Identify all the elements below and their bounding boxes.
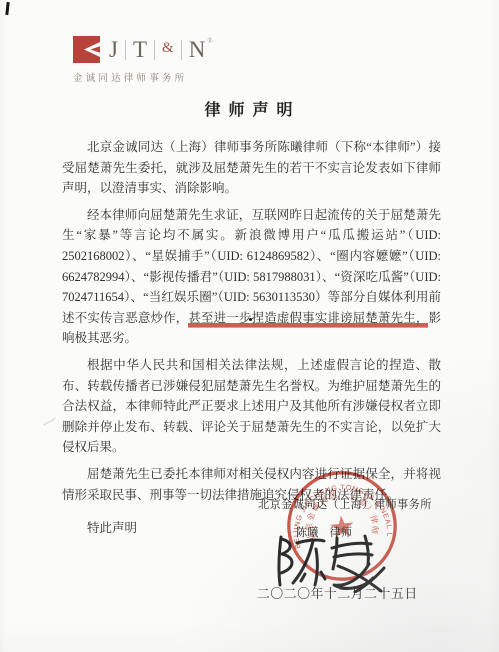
registered-trademark-icon: ® xyxy=(207,38,212,45)
logo-separator xyxy=(125,40,126,60)
logo-separator xyxy=(181,40,182,60)
document-title: 律 师 声 明 xyxy=(0,97,499,120)
logo-letter-n: N xyxy=(189,38,206,61)
scan-corner-mark xyxy=(5,2,9,15)
paragraph-3: 根据中华人民共和国相关法律法规，上述虚假言论的捏造、散布、转载传播者已涉嫌侵犯屈… xyxy=(62,355,441,458)
paragraph-1: 北京金诚同达（上海）律师事务所陈曦律师（下称“本律师”）接受屈楚萧先生委托，就涉… xyxy=(62,137,441,199)
logo-ampersand: & xyxy=(162,41,174,56)
red-marker-underlined-phrase: 甚至进一步捏造虚假事实诽谤屈楚萧先生， xyxy=(188,311,428,328)
handwritten-signature-chen-xi xyxy=(268,527,390,593)
paragraph-2: 经本律师向屈楚萧先生求证，互联网昨日起流传的关于屈楚萧先生“家暴”等言论均不属实… xyxy=(62,205,441,349)
logo-separator xyxy=(154,40,155,60)
jtn-logo: J T & N ® 金诚同达律师事务所 xyxy=(73,36,213,84)
jtn-logo-row: J T & N ® xyxy=(73,36,213,63)
pencil-smudge-mark xyxy=(42,414,58,430)
logo-letter-j: J xyxy=(109,38,118,61)
jtn-logo-letters: J T & N ® xyxy=(109,38,213,61)
ink-dot-artifact xyxy=(249,318,252,321)
logo-letter-t: T xyxy=(133,38,147,61)
paragraph-3-text: 根据中华人民共和国相关法律法规，上述虚假言论的捏造、散布、转载传播者已涉嫌侵犯屈… xyxy=(62,358,441,454)
closing-statement-text: 特此声明 xyxy=(87,521,137,535)
paragraph-2-text: 经本律师向屈楚萧先生求证，互联网昨日起流传的关于屈楚萧先生“家暴”等言论均不属实… xyxy=(62,208,441,325)
scanned-lawyer-statement-page: J T & N ® 金诚同达律师事务所 律 师 声 明 北京金诚同达（上海）律师… xyxy=(0,0,499,652)
logo-firm-name-cn: 金诚同达律师事务所 xyxy=(73,70,213,84)
signing-firm-name: 北京金诚同达（上海）律师事务所 xyxy=(258,496,432,512)
jtn-logo-square-icon xyxy=(73,36,100,63)
paragraph-1-text: 北京金诚同达（上海）律师事务所陈曦律师（下称“本律师”）接受屈楚萧先生委托，就涉… xyxy=(62,140,441,195)
